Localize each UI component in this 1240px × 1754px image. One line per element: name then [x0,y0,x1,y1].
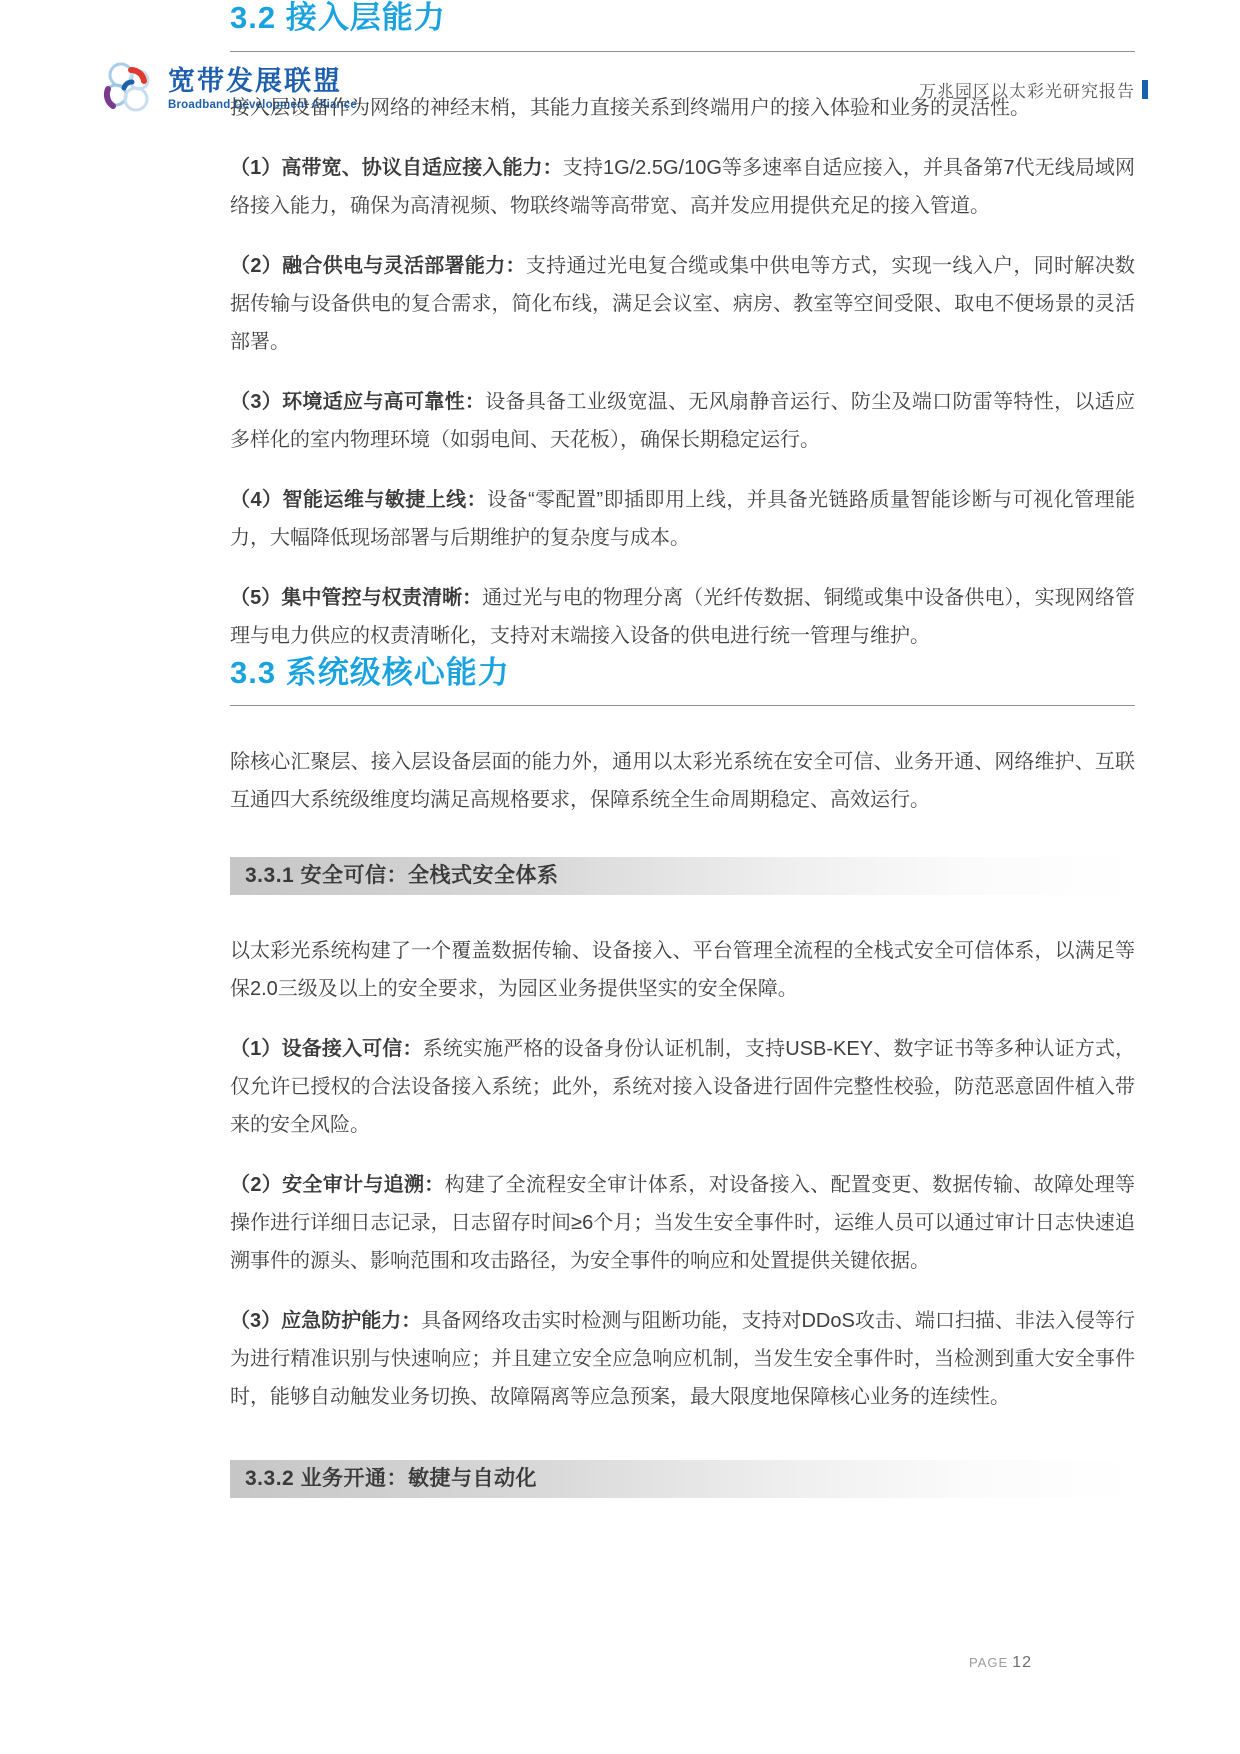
title-accent-bar [1142,80,1148,99]
section-3-3-intro: 除核心汇聚层、接入层设备层面的能力外，通用以太彩光系统在安全可信、业务开通、网络… [230,743,1135,819]
item-lead: （3）应急防护能力： [230,1310,421,1332]
section-3-2-intro: 接入层设备作为网络的神经末梢，其能力直接关系到终端用户的接入体验和业务的灵活性。 [230,89,1135,127]
numbered-item-2: （2）融合供电与灵活部署能力：支持通过光电复合缆或集中供电等方式，实现一线入户，… [230,247,1135,361]
section-3-2-heading: 3.2 接入层能力 [230,0,1135,36]
section-3-3-heading: 3.3 系统级核心能力 [230,655,1135,691]
numbered-item-1: （1）高带宽、协议自适应接入能力：支持1G/2.5G/10G等多速率自适应接入，… [230,149,1135,225]
section-3-2-rule [230,51,1135,52]
page-number: 12 [1012,1654,1032,1671]
item-lead: （2）安全审计与追溯： [230,1174,445,1196]
page-label: PAGE [969,1655,1008,1670]
bda-logo-icon [100,58,158,121]
subsection-3-3-1-heading: 3.3.1 安全可信：全栈式安全体系 [230,857,1135,895]
section-3-3-rule [230,705,1135,706]
numbered-item-3: （3）环境适应与高可靠性：设备具备工业级宽温、无风扇静音运行、防尘及端口防雷等特… [230,383,1135,459]
item-lead: （1）设备接入可信： [230,1038,423,1060]
item-lead: （1）高带宽、协议自适应接入能力： [230,157,563,179]
numbered-item-security-1: （1）设备接入可信：系统实施严格的设备身份认证机制，支持USB-KEY、数字证书… [230,1030,1135,1144]
item-lead: （3）环境适应与高可靠性： [230,391,485,413]
item-lead: （2）融合供电与灵活部署能力： [230,255,526,277]
document-content: 3.2 接入层能力 接入层设备作为网络的神经末梢，其能力直接关系到终端用户的接入… [230,0,1135,1498]
page-footer: PAGE12 [969,1654,1032,1672]
subsection-3-3-1-intro: 以太彩光系统构建了一个覆盖数据传输、设备接入、平台管理全流程的全栈式安全可信体系… [230,932,1135,1008]
item-lead: （5）集中管控与权责清晰： [230,587,482,609]
item-lead: （4）智能运维与敏捷上线： [230,489,487,511]
numbered-item-4: （4）智能运维与敏捷上线：设备“零配置”即插即用上线，并具备光链路质量智能诊断与… [230,481,1135,557]
numbered-item-security-3: （3）应急防护能力：具备网络攻击实时检测与阻断功能，支持对DDoS攻击、端口扫描… [230,1302,1135,1416]
numbered-item-security-2: （2）安全审计与追溯：构建了全流程安全审计体系，对设备接入、配置变更、数据传输、… [230,1166,1135,1280]
numbered-item-5: （5）集中管控与权责清晰：通过光与电的物理分离（光纤传数据、铜缆或集中设备供电）… [230,579,1135,655]
subsection-3-3-2-heading: 3.3.2 业务开通：敏捷与自动化 [230,1460,1135,1498]
